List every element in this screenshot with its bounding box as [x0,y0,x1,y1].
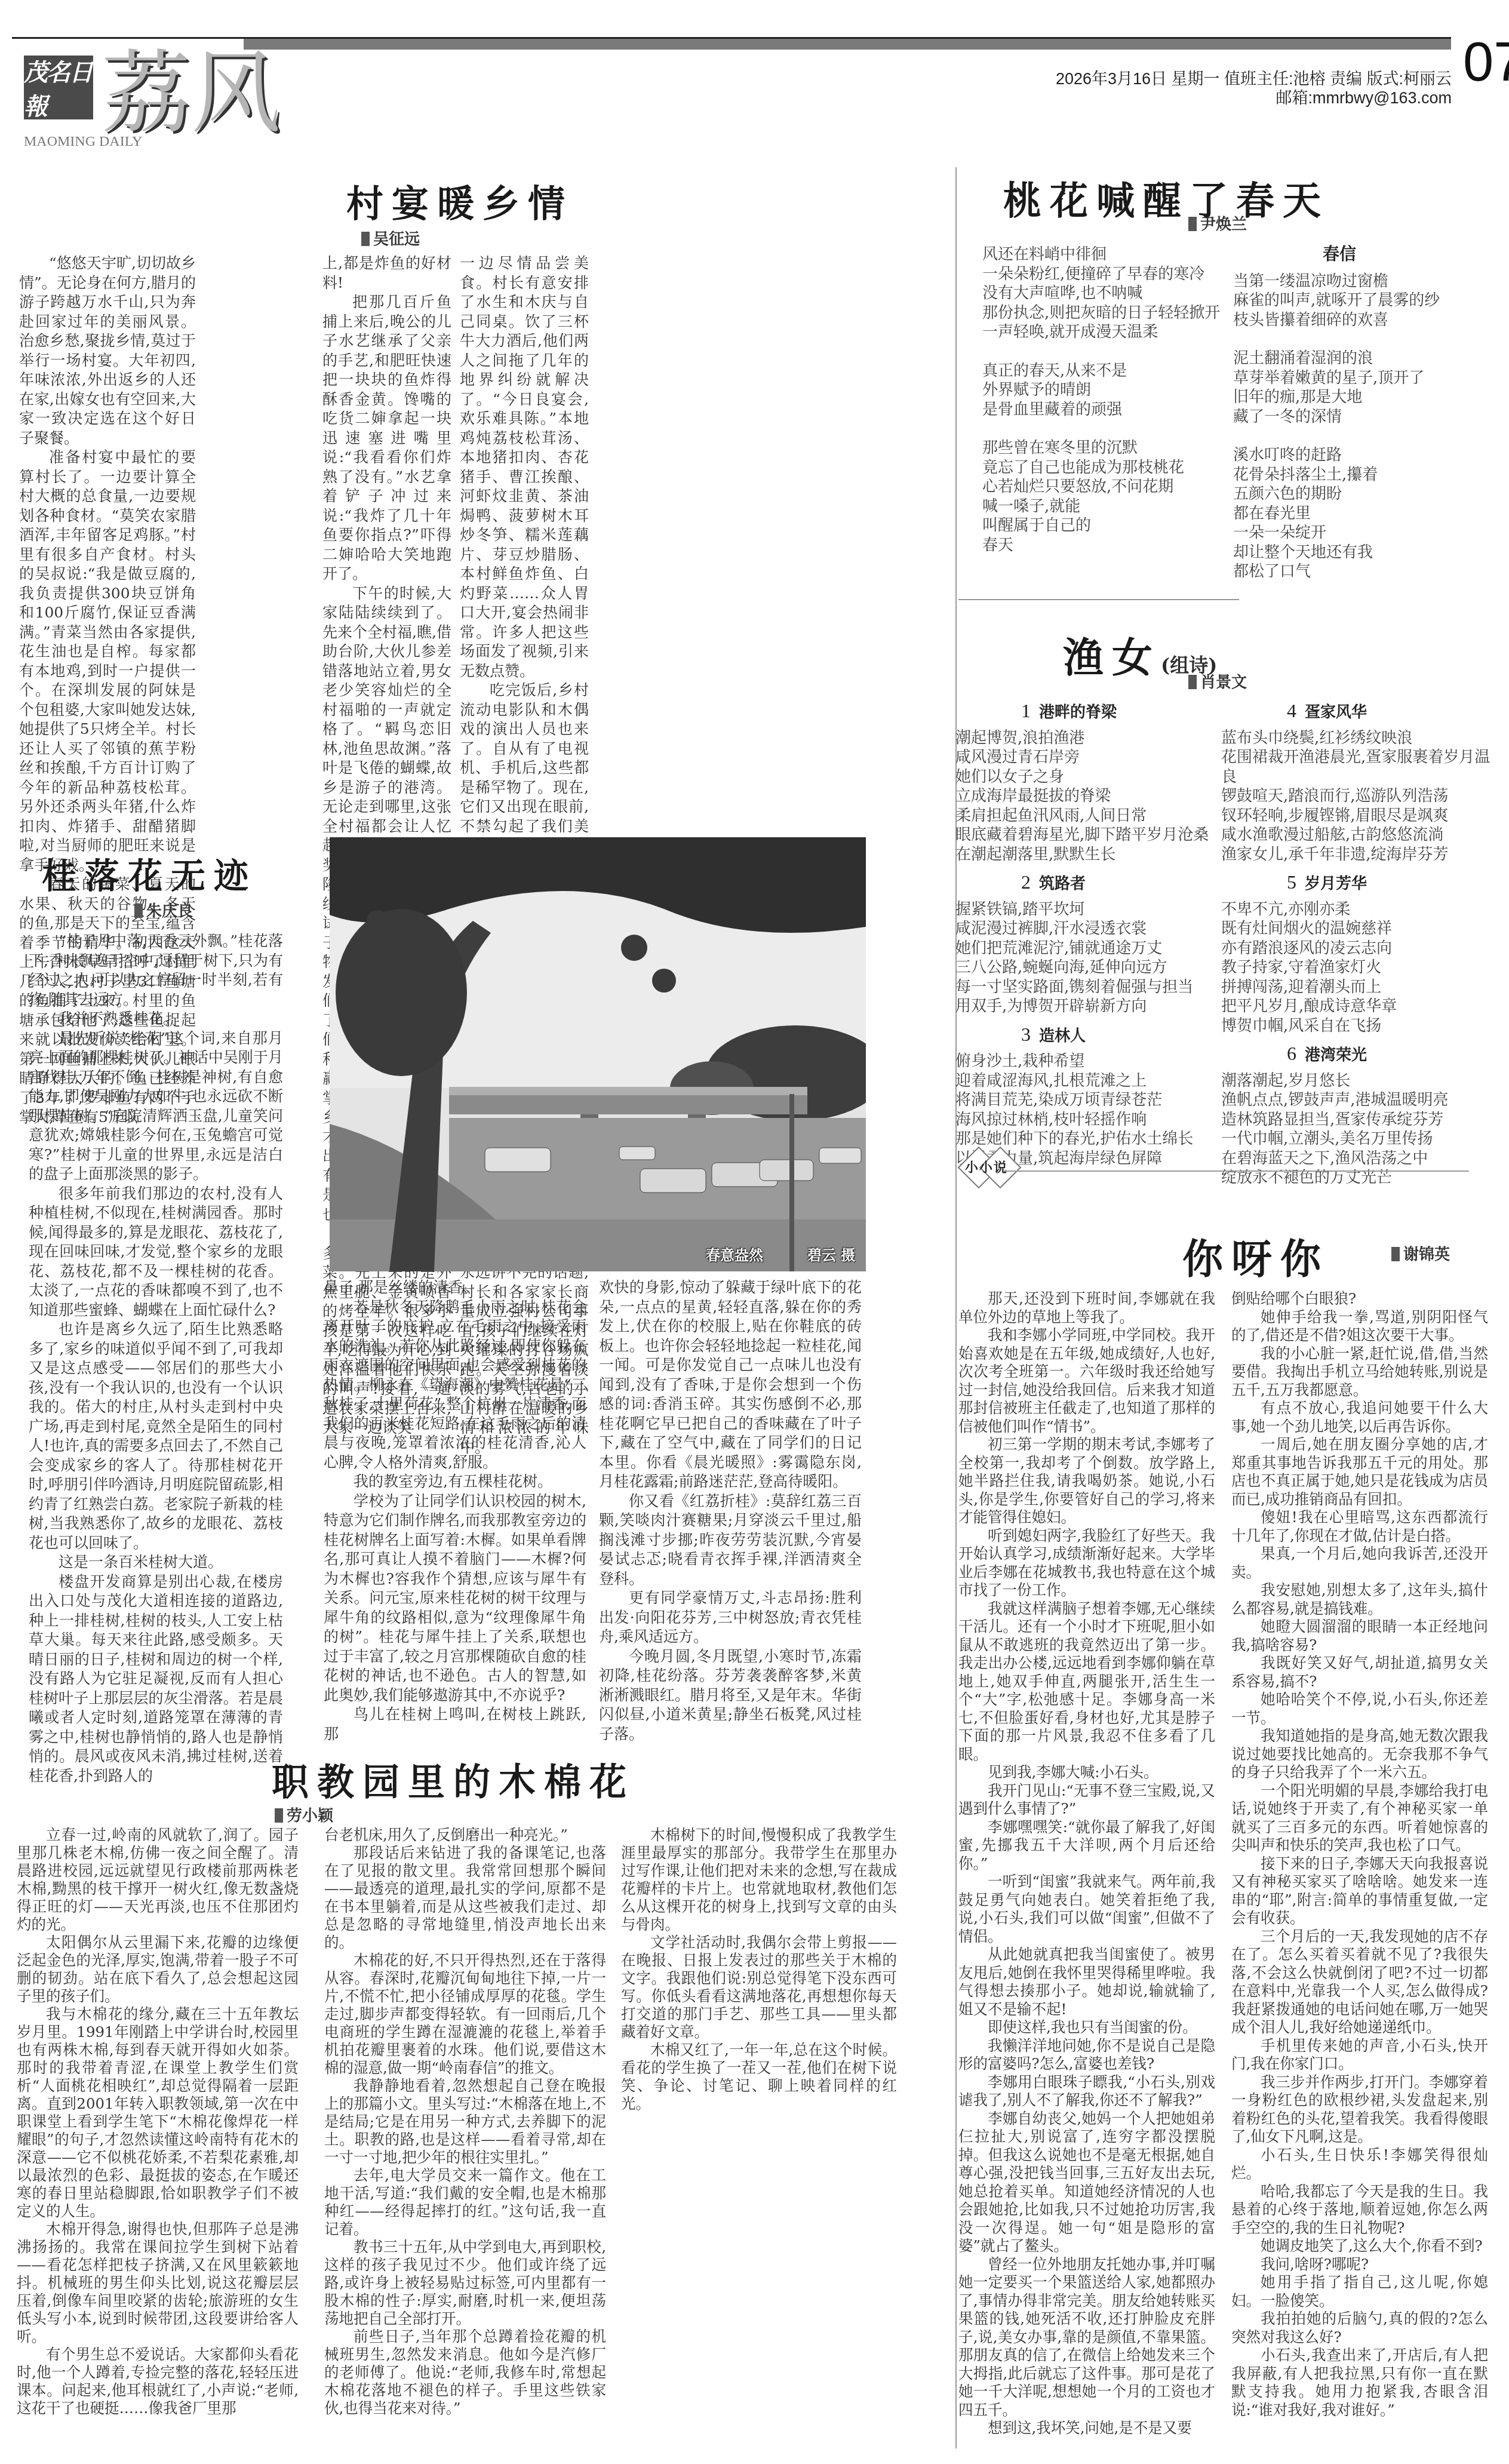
paragraph: 木棉开得急,谢得也快,但那阵子总是沸沸扬扬的。我常在课间拉学生到树下站着——看花… [17,2220,299,2346]
paragraph: 一个阳光明媚的早晨,李娜给我打电话,说她终于开卖了,有个神秘买家一单就买了三百多… [1231,1782,1488,1855]
byline-marker-icon [275,1808,283,1823]
story-title: 你呀你 [1182,1227,1329,1285]
byline: 朱庆良 [134,899,193,921]
paragraph: 去年,电大学员交来一篇作文。他在工地干活,写道:“我们戴的安全帽,也是木棉那种红… [324,2167,606,2238]
section-divider [1003,1170,1469,1172]
author-name: 劳小颖 [287,1807,333,1825]
author-name: 肖景文 [1200,674,1247,692]
paragraph: 我就这样满脑子想着李娜,无心继续干活儿。还有一个小时才下班呢,胆小如鼠从不敢逃班… [958,1600,1215,1764]
article-title: 村宴暖乡情 [346,174,573,228]
paragraph: 若是秋冬天降鹅毛小雨之时,桂花会离开叶子的庇护,立在毛雨之中,接受雨水的洗礼。若… [324,1298,586,1473]
article-column-1: 立春一过,岭南的风就软了,润了。园子里那几株老木棉,仿佛一夜之间全醒了。清晨路进… [17,1826,299,2417]
paragraph: “悠悠天宇旷,切切故乡情”。无论身在何方,腊月的游子跨越万水千山,只为奔赴回家过… [19,254,196,448]
paragraph: 鸟儿在桂树上鸣叫,在树枝上跳跃,那 [324,1705,586,1744]
byline-marker-icon [361,232,370,246]
news-photo: 春意盎然 碧云 摄 [330,837,866,1271]
story-column-2: 倒贴给哪个白眼狼? 她伸手给我一拳,骂道,别阴阳怪气的了,借还是不借?姐这次要干… [1231,1290,1488,2419]
poem-section-title: 1港畔的脊梁 [1021,701,1236,723]
stanza: 真正的春天,从来不是外界赋予的晴朗是骨血里藏着的顽强 [982,361,1233,420]
poem-subtitle: 春信 [1323,245,1472,265]
paragraph: 见到我,李娜大喊:小石头。 [958,1763,1215,1782]
author-name: 吴征远 [373,231,420,248]
poem-section-title: 5岁月芳华 [1287,872,1502,894]
poem-section-title: 6港湾荣光 [1287,1044,1502,1065]
paragraph: 我安慰她,别想太多了,这年头,搞什么都容易,就是搞钱难。 [1231,1581,1488,1618]
byline: 吴征远 [361,227,420,249]
article-column-2: 台老机床,用久了,反倒磨出一种亮光。” 那段话后来钻进了我的备课笔记,也落在了见… [324,1826,606,2417]
paragraph: 很多年前我们那边的农村,没有人种植桂树,不似现在,桂树满园香。那时候,闻得最多的… [29,1184,283,1320]
paragraph: 鼻子,那是丝缕的清香。 [324,1278,586,1298]
stanza: 泥土翻涌着湿润的浪草芽举着嫩黄的星子,顶开了旧年的痂,那是大地藏了一冬的深情 [1233,349,1472,426]
masthead: 茂名日報 MAOMING DAILY 荔风 2026年3月16日 星期一 值班主… [0,0,1509,143]
paragraph: 她伸手给我一拳,骂道,别阴阳怪气的了,借还是不借?姐这次要干大事。 [1231,1308,1488,1345]
contact-email: 邮箱:mmrbwy@163.com [1276,85,1452,108]
stanza: 当第一缕温凉吻过窗檐麻雀的叫声,就啄开了晨雾的纱枝头皆攥着细碎的欢喜 [1233,272,1472,330]
paragraph: 我知道她指的是身高,她无数次跟我说过她要找比她高的。无奈我那不争气的身子只给我弄… [1231,1727,1488,1782]
paragraph: 我静静地看着,忽然想起自己登在晚报上的那篇小文。里头写过:“木棉落在地上,不是结… [324,2077,606,2167]
byline: 谢锦英 [1391,1242,1450,1264]
paragraph: 李娜自幼丧父,她妈一个人把她姐弟仨拉扯大,别说富了,连穷字都没摆脱掉。但我这么说… [958,2110,1215,2256]
paragraph: 教书三十五年,从中学到电大,再到职校,这样的孩子我见过不少。他们或许绕了远路,或… [324,2238,606,2328]
paragraph: 我开门见山:“无事不登三宝殿,说,又遇到什么事情了?” [958,1782,1215,1818]
paragraph: 我的教室旁边,有五棵桂花树。 [324,1472,586,1492]
poem-title: 渔女 [1063,634,1161,682]
poem-section-title: 3造林人 [1021,1025,1236,1046]
article-column-3: 木棉树下的时间,慢慢积成了我教学生涯里最厚实的那部分。我带学生在那里办过写作课,… [621,1826,897,2113]
byline-marker-icon [1188,675,1197,689]
paragraph: 她瞪大圆溜溜的眼睛一本正经地问我,搞啥容易? [1231,1618,1488,1654]
paragraph: 我三步并作两步,打开门。李娜穿着一身粉红色的欧根纱裙,头发盘起来,别着粉红色的头… [1231,2073,1488,2146]
paragraph: 也许是离乡久远了,陌生比熟悉略多了,家乡的味道似乎闻不到了,可我却又是这点感受—… [29,1320,283,1553]
byline-marker-icon [1188,217,1197,231]
paragraph: 即使这样,我也只有当闺蜜的份。 [958,2018,1215,2037]
paragraph: 我问,啥呀?哪呢? [1231,2256,1488,2274]
poem-column-right: 4疍家风华 蓝布头巾绕鬓,红衫绣纹映浪花围裙裁开渔港晨光,疍家服裹着岁月温良锣鼓… [1221,693,1502,1188]
park-river-bridge-image [330,837,866,1271]
paragraph: 我与木棉花的缘分,藏在三十五年教坛岁月里。1991年刚踏上中学讲台时,校园里也有… [17,2005,299,2220]
paragraph: 准备村宴中最忙的要算村长了。一边要计算全村大概的总食量,一边要规划各种食材。“莫… [19,448,196,875]
paragraph: 哈哈,我都忘了今天是我的生日。我悬着的心终于落地,顺着逗她,你怎么两手空空的,我… [1231,2183,1488,2238]
paragraph: 倒贴给哪个白眼狼? [1231,1290,1488,1308]
paragraph: 我的小心脏一紧,赶忙说,借,借,当然要借。我掏出手机立马给她转账,别说是五千,五… [1231,1345,1488,1400]
paragraph: 立春一过,岭南的风就软了,润了。园子里那几株老木棉,仿佛一夜之间全醒了。清晨路进… [17,1826,299,1934]
paragraph: 想到这,我坏笑,问她,是不是又要 [958,2419,1215,2438]
paragraph: 前些日子,当年那个总蹲着捡花瓣的机械班男生,忽然发来消息。他如今是汽修厂的老师傅… [324,2328,606,2417]
paragraph: 小石头,我查出来了,开店后,有人把我屏蔽,有人把我拉黑,只有你一直在默默支持我。… [1231,2346,1488,2419]
poem-section-title: 4疍家风华 [1287,701,1502,723]
author-name: 谢锦英 [1403,1246,1450,1264]
byline: 劳小颖 [275,1804,333,1826]
paragraph: 木棉花的好,不只开得热烈,还在于落得从容。春深时,花瓣沉甸甸地往下掉,一片一片,… [324,1952,606,2077]
story-column-1: 那天,还没到下班时间,李娜就在我单位外边的草地上等我了。 我和李娜小学同班,中学… [958,1290,1215,2438]
paragraph: 我既好笑又好气,胡扯道,搞男女关系容易,搞不? [1231,1654,1488,1691]
byline-marker-icon [134,904,143,918]
byline: 尹焕兰 [1188,212,1247,234]
paragraph: 她调皮地笑了,这么大个,你看不到? [1231,2237,1488,2256]
article-title: 桂落花无迹 [42,848,257,898]
paragraph: 手机里传来她的声音,小石头,快开门,我在你家门口。 [1231,2037,1488,2073]
newspaper-logo: 茂名日報 [24,56,93,119]
paragraph: 那天,还没到下班时间,李娜就在我单位外边的草地上等我了。 [958,1290,1215,1326]
paragraph: 一周后,她在朋友圈分享她的店,才郑重其事地告诉我那五千元的用处。那店也不真正属于… [1231,1436,1488,1508]
poem-title: 桃花喊醒了春天 [1003,170,1329,225]
top-band [244,39,1451,50]
paragraph: 你又看《红荔折桂》:莫辞红荔三百颗,笑啖肉汁赛糖果;月穿淡云千里过,船搁浅滩寸步… [599,1492,862,1589]
paragraph: 最先听说“桂花”这个词,来自那月亮上面的那棵桂树了。神话中吴刚于月宫伐桂,万年不… [29,1029,283,1184]
paragraph: 接下来的日子,李娜天天向我报喜说又有神秘买家买了啥啥啥。她发来一连串的“耶”,附… [1231,1855,1488,1928]
paragraph: 更有同学豪情万丈,斗志昂扬:胜利出发·向阳花芬芳,三中树怒放;青衣凭桂舟,乘风适… [599,1589,862,1647]
poem-left: 风还在料峭中徘徊一朵朵粉红,便撞碎了早春的寒冷没有大声喧哗,也不呐喊那份执念,则… [982,245,1233,574]
poem-right: 春信 当第一缕温凉吻过窗檐麻雀的叫声,就啄开了晨雾的纱枝头皆攥着细碎的欢喜 泥土… [1233,245,1472,601]
paragraph: 木棉树下的时间,慢慢积成了我教学生涯里最厚实的那部分。我带学生在那里办过写作课,… [621,1826,897,1934]
paragraph: 果真,一个月后,她向我诉苦,还没开卖。 [1231,1545,1488,1581]
article-column-3: 欢快的身影,惊动了躲藏于绿叶底下的花朵,一点点的星黄,轻轻直落,躲在你的秀发上,… [599,1278,862,1744]
paragraph: “桂子月中落,天香云外飘。”桂花落下,香味飘逸于空中,逗留于树下,只为有经过之人… [29,932,283,1009]
paragraph: 小石头,生日快乐!李娜笑得很灿烂。 [1231,2146,1488,2183]
stanza: 风还在料峭中徘徊一朵朵粉红,便撞碎了早春的寒冷没有大声喧哗,也不呐喊那份执念,则… [982,245,1233,342]
paragraph: 我懒洋洋地问她,你不是说自己是隐形的富婆吗?怎么,富婆也差钱? [958,2037,1215,2073]
paragraph: 我拍拍她的后脑勺,真的假的?怎么突然对我这么好? [1231,2310,1488,2346]
page-number: 07 [1463,35,1509,90]
byline: 肖景文 [1188,670,1247,692]
article-column-1: “桂子月中落,天香云外飘。”桂花落下,香味飘逸于空中,逗留于树下,只为有经过之人… [29,932,283,1786]
paragraph: 那段话后来钻进了我的备课笔记,也落在了见报的散文里。我常常回想那个瞬间——最透亮… [324,1844,606,1952]
column-divider [955,167,957,2448]
paragraph: 文学社活动时,我偶尔会带上剪报——在晚报、日报上发表过的那些关于木棉的文字。我跟… [621,1934,897,2041]
paragraph: 她用手指了指自己,这儿呢,你媳妇。一脸傻笑。 [1231,2273,1488,2310]
paragraph: 把那几百斤鱼捕上来后,晚公的儿子水艺继承了父亲的手艺,和肥旺快速把一块块的鱼炸得… [322,293,451,584]
paragraph: 从此她就真把我当闺蜜使了。被男友甩后,她倒在我怀里哭得稀里哗啦。我气得想去揍那小… [958,1946,1215,2018]
paragraph: 初三第一学期的期末考试,李娜考了全校第一,我却考了个倒数。放学路上,她半路拦住我… [958,1436,1215,1527]
paragraph: 台老机床,用久了,反倒磨出一种亮光。” [324,1826,606,1844]
section-title: 荔风 [102,49,281,139]
paragraph: 太阳偶尔从云里漏下来,花瓣的边缘便泛起金色的光泽,厚实,饱满,带着一股子不可删的… [17,1934,299,2005]
paragraph: 学校为了让同学们认识校园的树木,特意为它们制作牌名,而我那教室旁边的桂花树牌名上… [324,1492,586,1706]
author-name: 尹焕兰 [1200,216,1247,234]
photo-caption: 春意盎然 [706,1243,763,1264]
paragraph: 这是一条百米桂树大道。 [29,1553,283,1572]
paragraph: 李娜用白眼珠子瞟我,“小石头,别戏谑我了,别人不了解我,你还不了解我?” [958,2073,1215,2110]
column-tag-xiaoxiaoshuo: 小小说 [960,1147,1020,1188]
paragraph: 三个月后的一天,我发现她的店不存在了。怎么买着买着就不见了?我很失落,不会这么快… [1231,1928,1488,2037]
paragraph: 李娜嘿嘿笑:“就你最了解我了,好闺蜜,先挪我五千大洋呗,两个月后还给你。” [958,1818,1215,1873]
section-divider [958,599,1239,600]
paragraph: 有个男生总不爱说话。大家都仰头看花时,他一个人蹲着,专捡完整的落花,轻轻压进课本… [17,2346,299,2417]
author-name: 朱庆良 [146,902,193,920]
paragraph: 我和李娜小学同班,中学同校。我开始喜欢她是在五年级,她成绩好,人也好,次次考全班… [958,1326,1215,1436]
paragraph: 木棉又红了,一年一年,总在这个时候。看花的学生换了一茬又一茬,他们在树下说笑、争… [621,2041,897,2113]
paragraph: 她哈哈笑个不停,说,小石头,你还差一节。 [1231,1691,1488,1727]
stanza: 溪水叮咚的赶路花骨朵抖落尘土,攥着五颜六色的期盼都在春光里一朵一朵绽开却让整个天… [1233,446,1472,582]
paragraph: 听到媳妇两字,我脸红了好些天。我开始认真学习,成绩渐渐好起来。大学毕业后李娜在花… [958,1527,1215,1600]
paragraph: 上,都是炸鱼的好材料! [322,254,451,293]
column-tag-label: 小小说 [965,1157,1008,1176]
paragraph: 曾经一位外地朋友托她办事,并叮嘱她一定要买一个果篮送给人家,她都照办了,事情办得… [958,2256,1215,2420]
paragraph: 楼盘开发商算是别出心裁,在楼房出入口处与茂化大道相连接的道路边,种上一排桂树,桂… [29,1572,283,1786]
photo-credit: 碧云 摄 [807,1243,855,1264]
article-title: 职教园里的木棉花 [272,1753,635,1806]
paragraph: 欢快的身影,惊动了躲藏于绿叶底下的花朵,一点点的星黄,轻轻直落,躲在你的秀发上,… [599,1278,862,1492]
paragraph: 一听到“闺蜜”我就来气。两年前,我鼓足勇气向她表白。她笑着拒绝了我,说,小石头,… [958,1873,1215,1946]
stanza: 那些曾在寒冬里的沉默竟忘了自己也能成为那枝桃花心若灿烂只要怒放,不问花期喊一嗓子… [982,438,1233,555]
article-column-2: 鼻子,那是丝缕的清香。 若是秋冬天降鹅毛小雨之时,桂花会离开叶子的庇护,立在毛雨… [324,1278,586,1744]
paragraph: 傻妞!我在心里暗骂,这东西都流行十几年了,你现在才做,估计是白搭。 [1231,1508,1488,1545]
paragraph: 我并不熟悉桂花。 [29,1009,283,1029]
byline-marker-icon [1391,1247,1400,1261]
poem-column-left: 1港畔的脊梁 潮起博贺,浪拍渔港咸风漫过青石岸旁她们以女子之身立成海岸最挺拔的脊… [955,693,1236,1168]
paragraph: 一边尽情品尝美食。村长有意安排了水生和木庆与自己同桌。饮了三杯牛大力酒后,他们两… [460,254,589,681]
paragraph: 今晚月圆,冬月既望,小寒时节,冻霜初降,桂花纷落。芬芳袭袭醉客梦,米黄淅淅溅眼红… [599,1647,862,1744]
poem-section-title: 2筑路者 [1021,872,1236,894]
paragraph: 有点不放心,我追问她要干什么大事,她一个劲儿地笑,以后再告诉你。 [1231,1399,1488,1436]
